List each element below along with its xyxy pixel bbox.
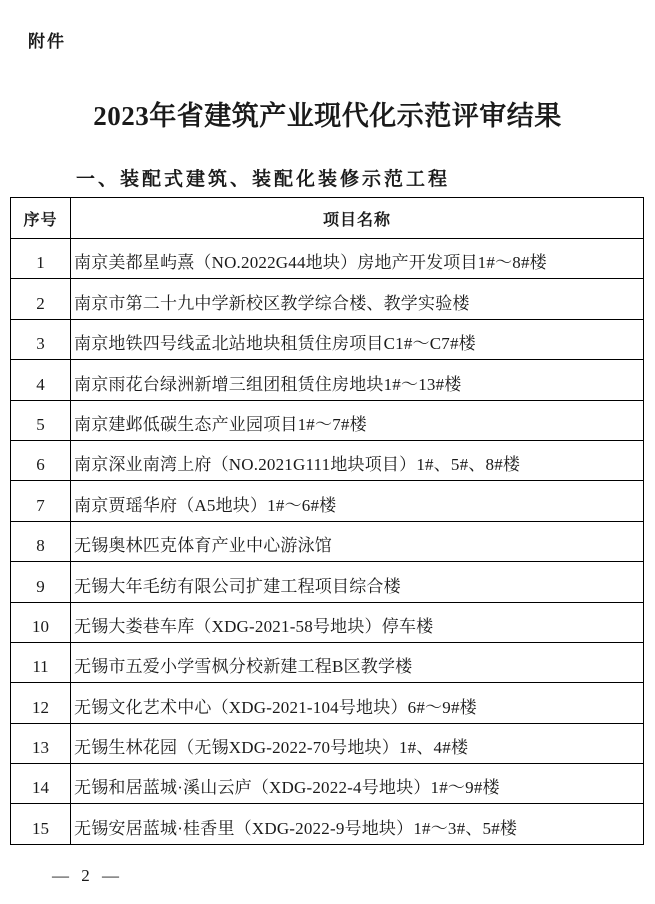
row-index-cell: 8 (11, 521, 71, 561)
project-name-cell: 南京雨花台绿洲新增三组团租赁住房地块1#～13#楼 (71, 360, 644, 400)
table-row: 10 无锡大娄巷车库（XDG-2021-58号地块）停车楼 (11, 602, 644, 642)
table-row: 7 南京贾瑶华府（A5地块）1#～6#楼 (11, 481, 644, 521)
document-page: 附件 2023年省建筑产业现代化示范评审结果 一、装配式建筑、装配化装修示范工程… (0, 0, 655, 904)
project-name-cell: 南京深业南湾上府（NO.2021G111地块项目）1#、5#、8#楼 (71, 440, 644, 480)
section-heading: 一、装配式建筑、装配化装修示范工程 (76, 164, 450, 191)
project-name-cell: 无锡奥林匹克体育产业中心游泳馆 (71, 521, 644, 561)
project-name-cell: 无锡和居蓝城·溪山云庐（XDG-2022-4号地块）1#～9#楼 (71, 764, 644, 804)
table-row: 6 南京深业南湾上府（NO.2021G111地块项目）1#、5#、8#楼 (11, 440, 644, 480)
row-index-cell: 5 (11, 400, 71, 440)
header-project-name: 项目名称 (71, 198, 644, 239)
project-name-cell: 南京贾瑶华府（A5地块）1#～6#楼 (71, 481, 644, 521)
row-index-cell: 1 (11, 239, 71, 279)
table-row: 15 无锡安居蓝城·桂香里（XDG-2022-9号地块）1#～3#、5#楼 (11, 804, 644, 844)
row-index-cell: 14 (11, 764, 71, 804)
page-title: 2023年省建筑产业现代化示范评审结果 (0, 94, 655, 133)
project-name-cell: 无锡生林花园（无锡XDG-2022-70号地块）1#、4#楼 (71, 723, 644, 763)
table-row: 13 无锡生林花园（无锡XDG-2022-70号地块）1#、4#楼 (11, 723, 644, 763)
table-row: 3 南京地铁四号线孟北站地块租赁住房项目C1#～C7#楼 (11, 319, 644, 359)
row-index-cell: 10 (11, 602, 71, 642)
project-name-cell: 无锡大娄巷车库（XDG-2021-58号地块）停车楼 (71, 602, 644, 642)
row-index-cell: 9 (11, 562, 71, 602)
row-index-cell: 15 (11, 804, 71, 844)
table-row: 12 无锡文化艺术中心（XDG-2021-104号地块）6#～9#楼 (11, 683, 644, 723)
row-index-cell: 2 (11, 279, 71, 319)
project-name-cell: 无锡安居蓝城·桂香里（XDG-2022-9号地块）1#～3#、5#楼 (71, 804, 644, 844)
table-row: 11 无锡市五爱小学雪枫分校新建工程B区教学楼 (11, 642, 644, 682)
project-name-cell: 南京市第二十九中学新校区教学综合楼、教学实验楼 (71, 279, 644, 319)
row-index-cell: 7 (11, 481, 71, 521)
page-number: — 2 — (52, 866, 123, 886)
row-index-cell: 11 (11, 642, 71, 682)
table-row: 5 南京建邺低碳生态产业园项目1#～7#楼 (11, 400, 644, 440)
project-name-cell: 南京建邺低碳生态产业园项目1#～7#楼 (71, 400, 644, 440)
attachment-label: 附件 (28, 27, 66, 52)
row-index-cell: 13 (11, 723, 71, 763)
results-table: 序号 项目名称 1 南京美都星屿熹（NO.2022G44地块）房地产开发项目1#… (10, 197, 644, 845)
table-row: 9 无锡大年毛纺有限公司扩建工程项目综合楼 (11, 562, 644, 602)
table-header-row: 序号 项目名称 (11, 198, 644, 239)
row-index-cell: 12 (11, 683, 71, 723)
project-name-cell: 无锡市五爱小学雪枫分校新建工程B区教学楼 (71, 642, 644, 682)
project-name-cell: 南京地铁四号线孟北站地块租赁住房项目C1#～C7#楼 (71, 319, 644, 359)
project-name-cell: 南京美都星屿熹（NO.2022G44地块）房地产开发项目1#～8#楼 (71, 239, 644, 279)
row-index-cell: 3 (11, 319, 71, 359)
table-row: 8 无锡奥林匹克体育产业中心游泳馆 (11, 521, 644, 561)
row-index-cell: 6 (11, 440, 71, 480)
project-name-cell: 无锡大年毛纺有限公司扩建工程项目综合楼 (71, 562, 644, 602)
table-row: 4 南京雨花台绿洲新增三组团租赁住房地块1#～13#楼 (11, 360, 644, 400)
header-index: 序号 (11, 198, 71, 239)
project-name-cell: 无锡文化艺术中心（XDG-2021-104号地块）6#～9#楼 (71, 683, 644, 723)
row-index-cell: 4 (11, 360, 71, 400)
table-row: 2 南京市第二十九中学新校区教学综合楼、教学实验楼 (11, 279, 644, 319)
table-row: 14 无锡和居蓝城·溪山云庐（XDG-2022-4号地块）1#～9#楼 (11, 764, 644, 804)
table-row: 1 南京美都星屿熹（NO.2022G44地块）房地产开发项目1#～8#楼 (11, 239, 644, 279)
